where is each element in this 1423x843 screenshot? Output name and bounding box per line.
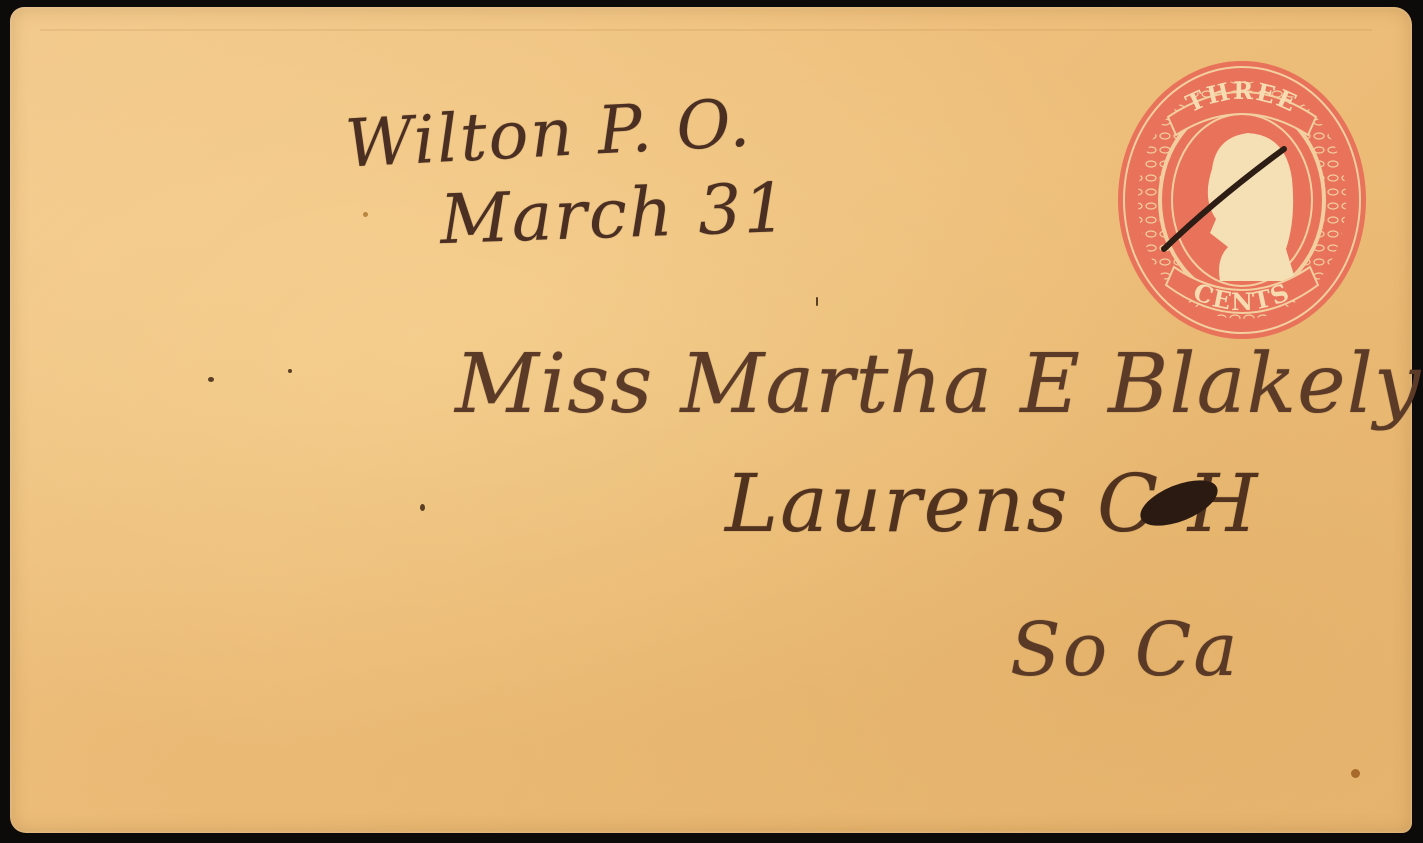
postage-stamp: THREE CENTS bbox=[1116, 59, 1368, 341]
paper-speck bbox=[816, 297, 818, 306]
portrait-icon bbox=[1208, 133, 1296, 281]
recipient-name: Miss Martha E Blakely bbox=[455, 337, 1421, 432]
recipient-state: So Ca bbox=[1010, 607, 1240, 693]
return-address-line1: Wilton P. O. bbox=[343, 84, 753, 182]
paper-speck bbox=[1351, 769, 1360, 778]
paper-speck bbox=[208, 377, 214, 382]
paper-speck bbox=[288, 369, 292, 373]
envelope: Wilton P. O. March 31 Miss Martha E Blak… bbox=[10, 7, 1412, 833]
paper-speck bbox=[420, 504, 425, 511]
photo-scene: Wilton P. O. March 31 Miss Martha E Blak… bbox=[0, 0, 1423, 843]
paper-speck bbox=[363, 212, 368, 217]
return-address-line2: March 31 bbox=[439, 169, 790, 260]
stamp-graphic: THREE CENTS bbox=[1116, 59, 1368, 341]
